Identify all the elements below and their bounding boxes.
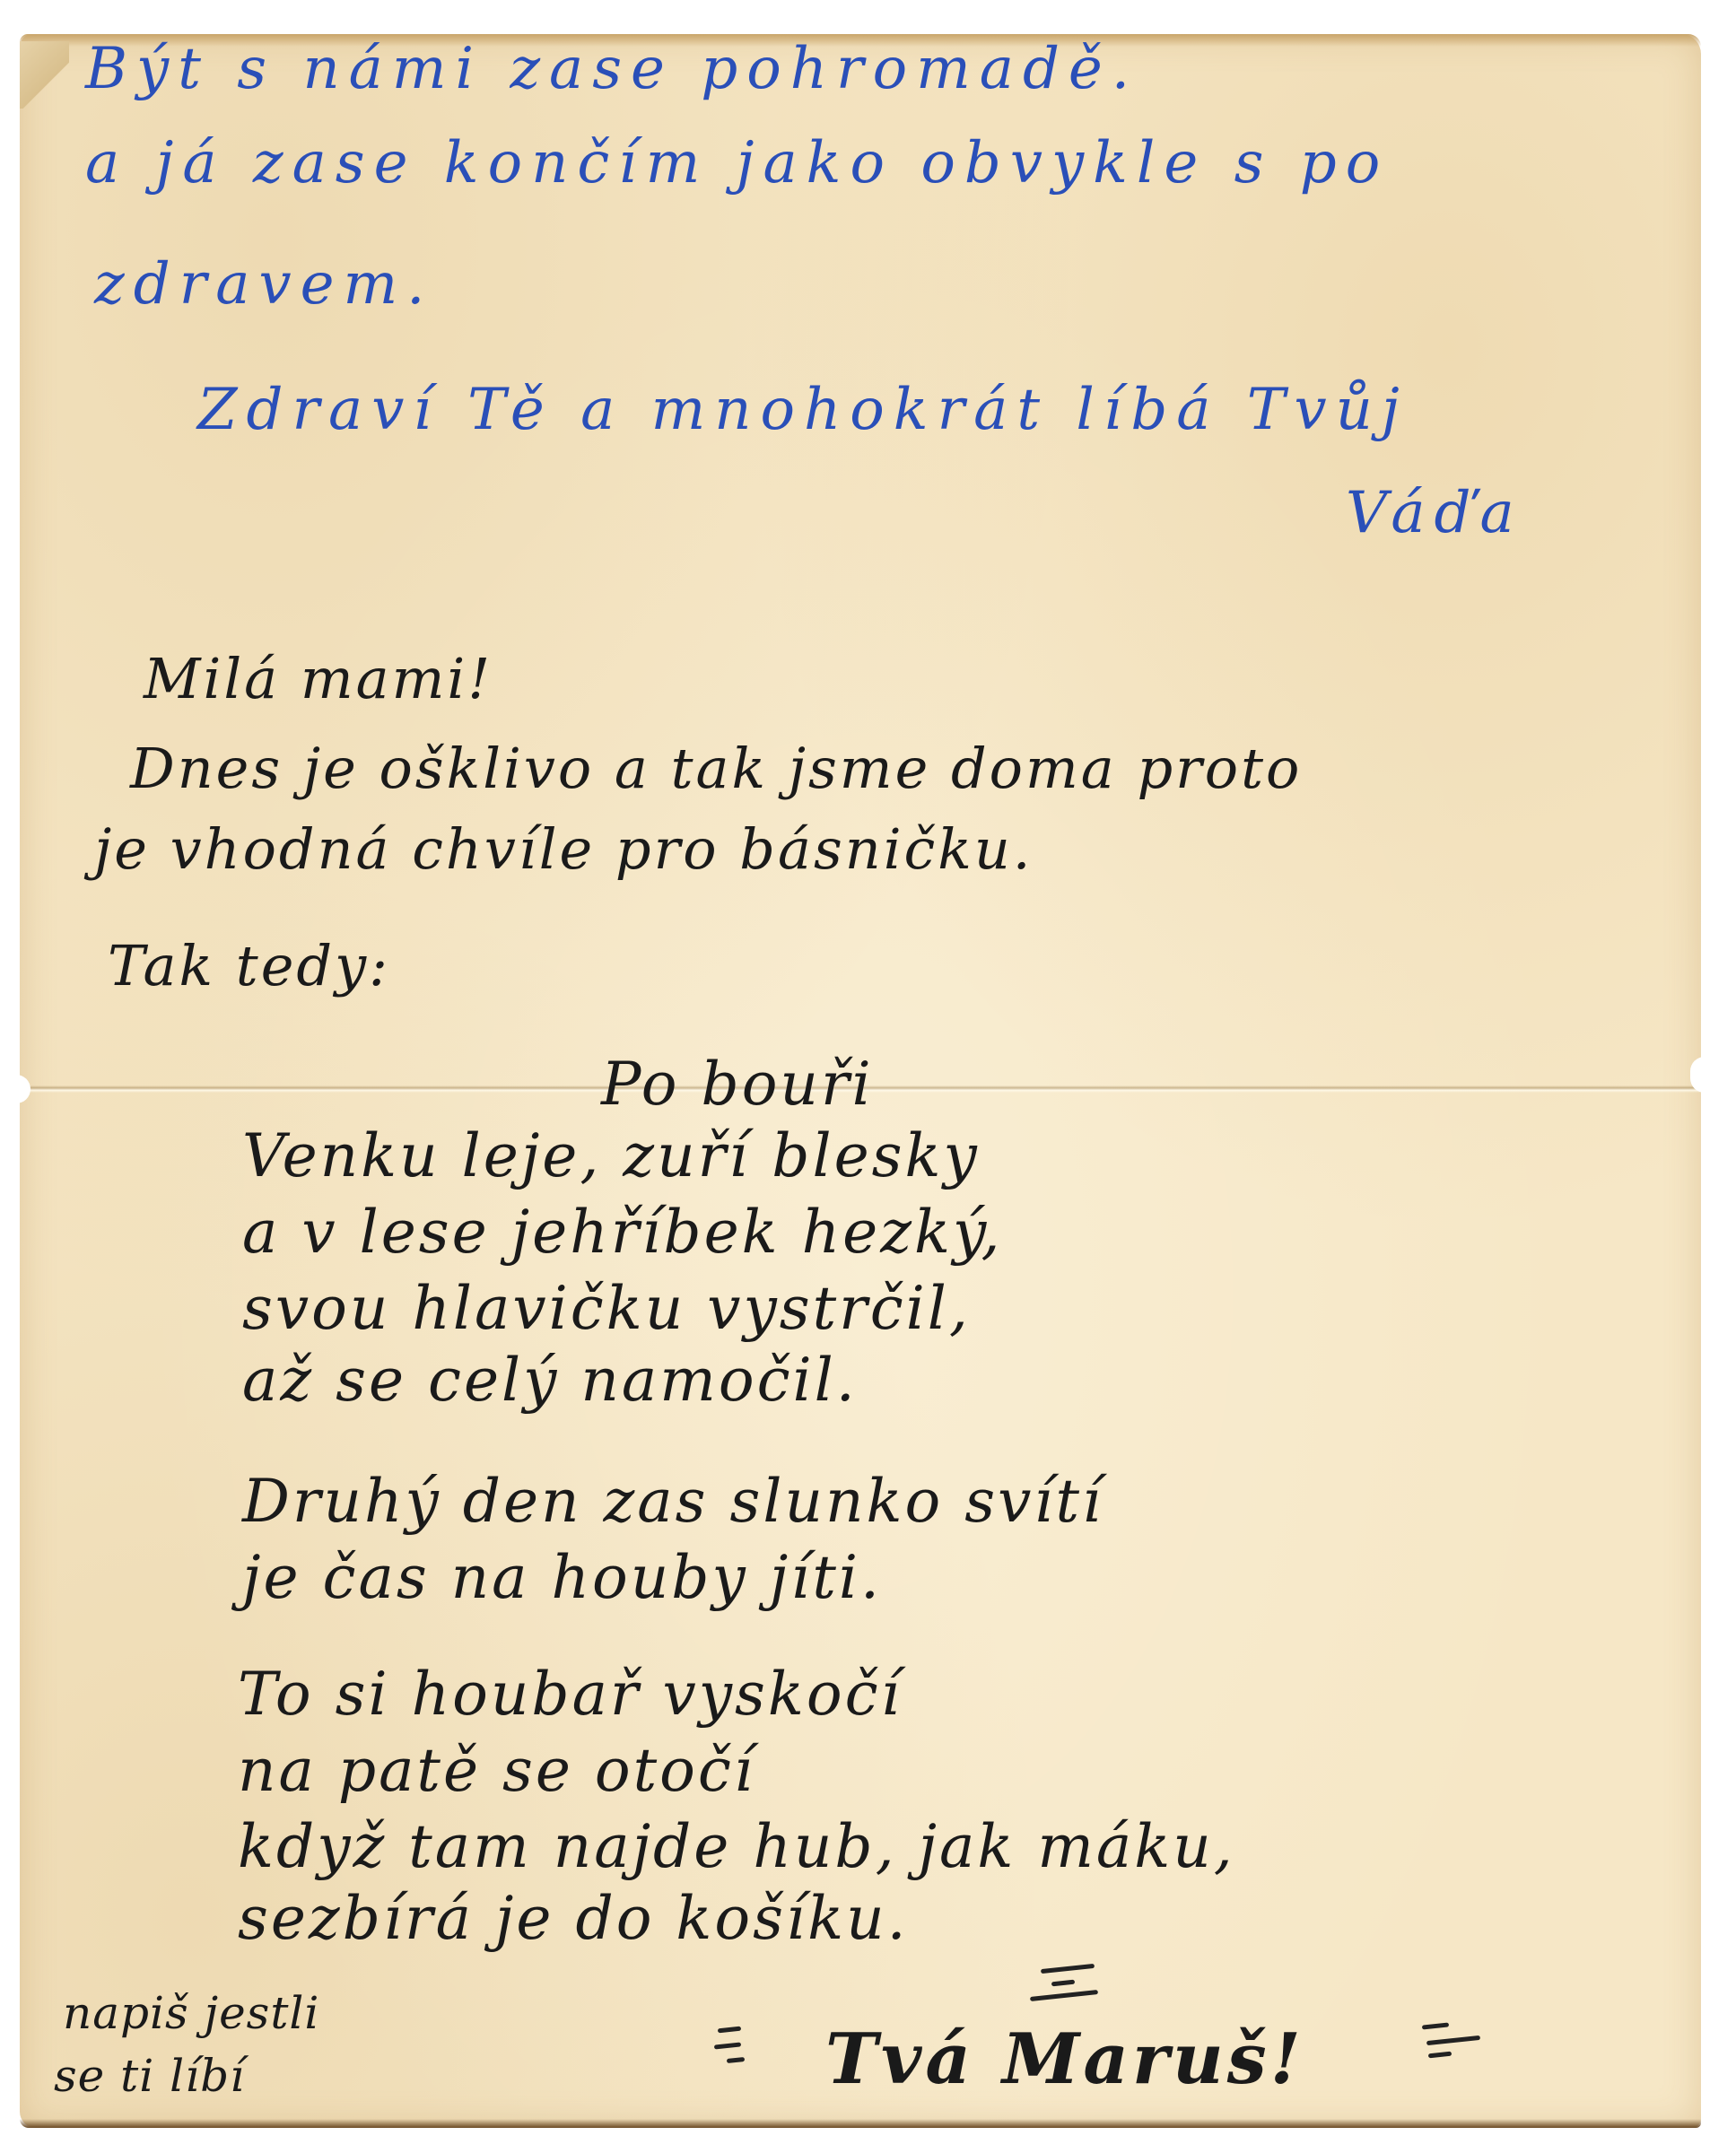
- intro-line-1: Dnes je ošklivo a tak jsme doma proto: [130, 736, 1302, 801]
- poem-line: Venku leje, zuří blesky: [242, 1121, 980, 1190]
- lead-in: Tak tedy:: [108, 933, 390, 998]
- paper-bottom-edge: [20, 2119, 1701, 2128]
- poem-line: sezbírá je do košíku.: [238, 1884, 909, 1953]
- greeting: Milá mami!: [144, 646, 493, 711]
- poem-line: svou hlavičku vystrčil,: [242, 1274, 971, 1343]
- fold-notch-left: [9, 1075, 31, 1103]
- poem-line: Druhý den zas slunko svítí: [242, 1467, 1104, 1536]
- footer-signature: Tvá Maruš!: [825, 2018, 1304, 2100]
- blue-line-2: a já zase končím jako obvykle s po: [85, 130, 1389, 196]
- poem-line: a v lese jehříbek hezký,: [242, 1198, 1002, 1267]
- poem-line: až se celý namočil.: [242, 1346, 858, 1415]
- folded-corner: [20, 41, 69, 109]
- blue-line-3: zdravem.: [94, 251, 434, 318]
- blue-closing-line: Zdraví Tě a mnohokrát líbá Tvůj: [197, 377, 1409, 443]
- blue-line-1: Být s námi zase pohromadě.: [85, 36, 1138, 102]
- fold-notch-right: [1690, 1057, 1712, 1093]
- poem-title: Po bouři: [601, 1050, 874, 1119]
- footer-note-line-1: napiš jestli: [63, 1987, 319, 2039]
- footer-note-line-2: se ti líbí: [54, 2050, 245, 2102]
- poem-line: To si houbař vyskočí: [238, 1660, 903, 1729]
- poem-line: na patě se otočí: [238, 1736, 755, 1805]
- blue-signature: Váďa: [1346, 480, 1523, 546]
- poem-line: je čas na houby jíti.: [242, 1543, 882, 1612]
- intro-line-2: je vhodná chvíle pro básničku.: [94, 816, 1033, 882]
- poem-line: když tam najde hub, jak máku,: [238, 1812, 1235, 1881]
